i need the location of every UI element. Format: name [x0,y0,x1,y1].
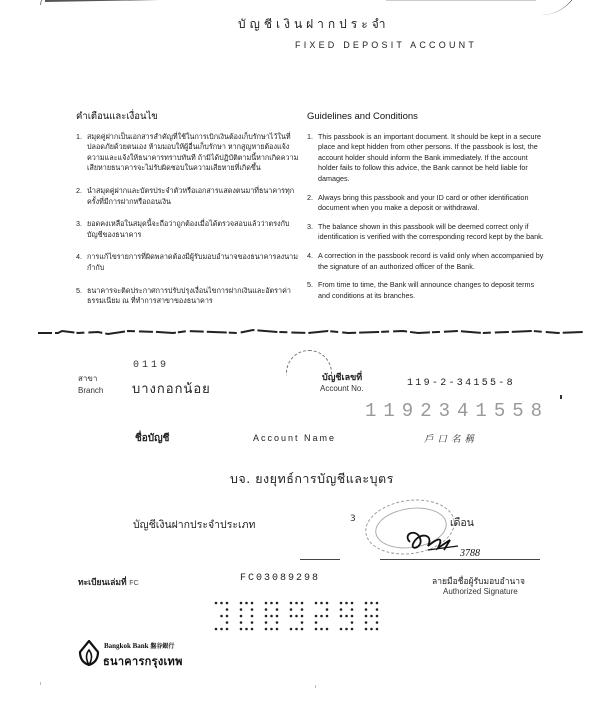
item-text: สมุดคู่ฝากเป็นเอกสารสำคัญที่ใช้ในการเบิก… [87,132,304,174]
branch-code: 0119 [133,360,169,371]
conditions-en-heading: Guidelines and Conditions [307,112,547,123]
fold-line [38,328,583,336]
condition-item: 4.A correction in the passbook record is… [307,251,547,272]
item-number: 2. [307,193,318,214]
conditions-en: Guidelines and Conditions 1.This passboo… [307,112,547,309]
item-text: From time to time, the Bank will announc… [318,280,547,301]
account-name-label-en: Account Name [253,433,336,443]
registration-label: ทะเบียนเล่มที่ FC [78,575,139,589]
condition-item: 4.การแก้ไขรายการที่ผิดพลาดต้องมีผู้รับมอ… [76,252,304,273]
item-text: ยอดคงเหลือในสมุดนี้จะถือว่าถูกต้องเมื่อไ… [87,219,304,240]
bank-name-th: ธนาคารกรุงเทพ [103,652,183,670]
condition-item: 5.ธนาคารจะติดประกาศการปรับปรุงเงื่อนไขกา… [76,286,304,307]
condition-item: 2.Always bring this passbook and your ID… [307,193,547,214]
page-corner [40,0,91,5]
registration-label-th: ทะเบียนเล่มที่ [78,578,127,588]
perforated-number [212,599,392,635]
item-text: A correction in the passbook record is v… [318,251,547,272]
signature-icon: 3788 [398,520,508,560]
signature-line [300,559,340,560]
item-text: The balance shown in this passbook will … [318,222,547,243]
svg-text:3788: 3788 [459,548,480,559]
condition-item: 5.From time to time, the Bank will annou… [307,280,547,301]
ink-mark [560,395,562,399]
deposit-term-value: 3 [350,514,356,524]
item-text: การแก้ไขรายการที่ผิดพลาดต้องมีผู้รับมอบอ… [87,252,304,273]
item-text: นำสมุดคู่ฝากและบัตรประจำตัวหรือเอกสารแสด… [87,186,304,207]
condition-item: 2.นำสมุดคู่ฝากและบัตรประจำตัวหรือเอกสารแ… [76,186,304,207]
registration-label-prefix: FC [129,580,138,587]
branch-label-th: สาขา [78,372,97,385]
scan-speck [315,685,316,688]
account-number: 119-2-34155-8 [407,378,515,389]
authorized-signature-label-en: Authorized Signature [443,587,518,596]
condition-item: 1.สมุดคู่ฝากเป็นเอกสารสำคัญที่ใช้ในการเบ… [76,132,304,174]
item-number: 1. [76,132,87,174]
document-title-en: FIXED DEPOSIT ACCOUNT [295,40,477,50]
item-number: 3. [76,219,87,240]
item-number: 2. [76,186,87,207]
item-number: 5. [76,286,87,307]
condition-item: 3.The balance shown in this passbook wil… [307,222,547,243]
scan-speck [40,682,41,685]
deposit-type-label: บัญชีเงินฝากประจำประเภท [133,516,255,533]
account-number-label-th: บัญชีเลขที่ [322,370,362,384]
page-corner [520,0,581,15]
account-name-value: บจ. ยงยุทธ์การบัญชีและบุตร [230,469,394,489]
bangkok-bank-lotus-icon [78,640,100,666]
bank-name-en: Bangkok Bank 盤谷銀行 [104,641,174,650]
account-name-label-th: ชื่อบัญชี [135,431,169,446]
signature-line [380,559,540,560]
item-number: 1. [307,132,318,185]
item-number: 5. [307,280,318,301]
conditions-en-list: 1.This passbook is an important document… [307,132,547,302]
conditions-th: คำเตือนและเงื่อนไข 1.สมุดคู่ฝากเป็นเอกสา… [76,112,304,319]
branch-name: บางกอกน้อย [132,378,211,399]
condition-item: 1.This passbook is an important document… [307,132,547,185]
conditions-th-heading: คำเตือนและเงื่อนไข [76,112,304,123]
embossed-account-number: 1192341558 [365,400,549,422]
item-text: ธนาคารจะติดประกาศการปรับปรุงเงื่อนไขการฝ… [87,286,304,307]
account-number-label-en: Account No. [320,384,364,393]
registration-number: FC03089298 [240,573,320,584]
item-text: This passbook is an important document. … [318,132,547,185]
item-number: 3. [307,222,318,243]
conditions-th-list: 1.สมุดคู่ฝากเป็นเอกสารสำคัญที่ใช้ในการเบ… [76,132,304,307]
condition-item: 3.ยอดคงเหลือในสมุดนี้จะถือว่าถูกต้องเมื่… [76,219,304,240]
item-number: 4. [76,252,87,273]
branch-label-en: Branch [78,386,103,395]
account-name-label-cn: 戶口名稱 [424,431,478,445]
document-title-th: บัญชีเงินฝากประจำ [238,15,389,34]
authorized-signature-label-th: ลายมือชื่อผู้รับมอบอำนาจ [432,574,525,588]
page-edge [386,0,536,1]
item-text: Always bring this passbook and your ID c… [318,193,547,214]
item-number: 4. [307,251,318,272]
